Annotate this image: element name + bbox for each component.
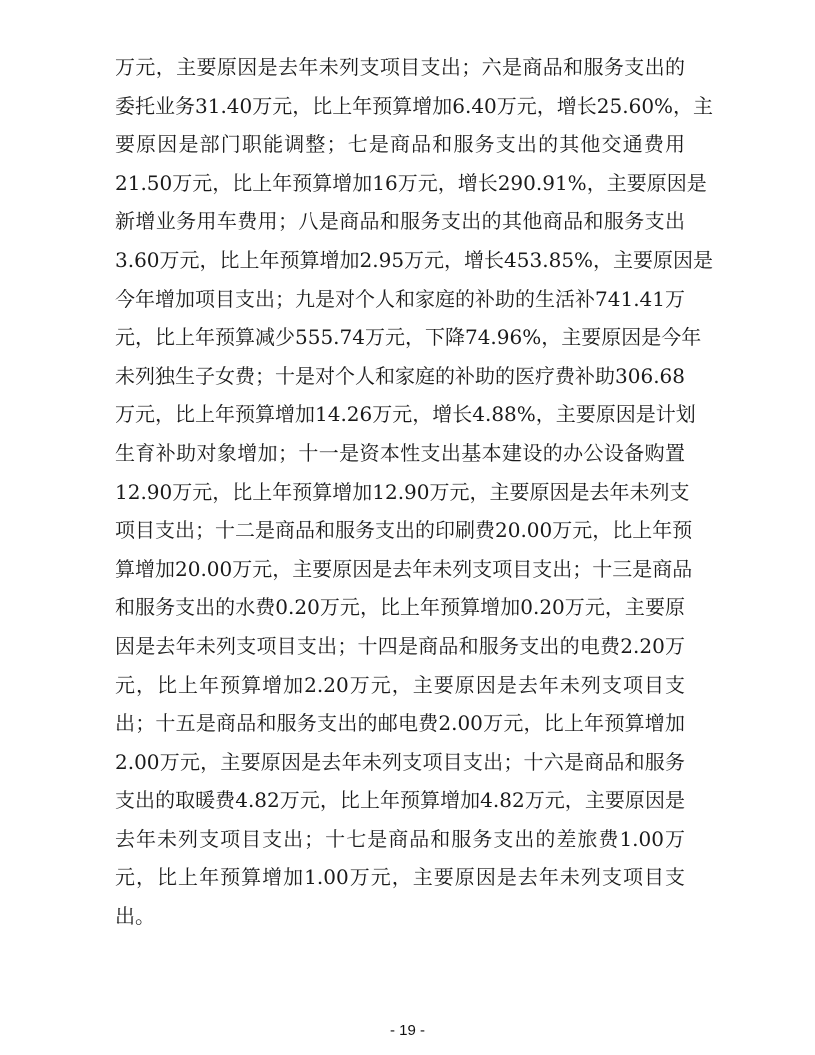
text-line: 支出的取暖费4.82万元，比上年预算增加4.82万元，主要原因是 [115,781,685,820]
text-line: 今年增加项目支出；九是对个人和家庭的补助的生活补741.41万 [115,280,685,319]
text-line: 去年未列支项目支出；十七是商品和服务支出的差旅费1.00万 [115,820,685,859]
text-line: 元，比上年预算减少555.74万元，下降74.96%，主要原因是今年 [115,318,685,357]
text-line: 万元，主要原因是去年未列支项目支出；六是商品和服务支出的 [115,48,685,87]
text-line: 委托业务31.40万元，比上年预算增加6.40万元，增长25.60%，主 [115,87,685,126]
text-line: 万元，比上年预算增加14.26万元，增长4.88%，主要原因是计划 [115,395,685,434]
text-line: 12.90万元，比上年预算增加12.90万元，主要原因是去年未列支 [115,473,685,512]
text-line: 因是去年未列支项目支出；十四是商品和服务支出的电费2.20万 [115,627,685,666]
text-line-last: 出。 [115,897,685,936]
page-number: - 19 - [0,1022,815,1039]
document-page: 万元，主要原因是去年未列支项目支出；六是商品和服务支出的 委托业务31.40万元… [0,0,815,1055]
text-line: 项目支出；十二是商品和服务支出的印刷费20.00万元，比上年预 [115,511,685,550]
text-line: 新增业务用车费用；八是商品和服务支出的其他商品和服务支出 [115,202,685,241]
text-line: 21.50万元，比上年预算增加16万元，增长290.91%，主要原因是 [115,164,685,203]
text-line: 出；十五是商品和服务支出的邮电费2.00万元，比上年预算增加 [115,704,685,743]
text-line: 元，比上年预算增加1.00万元，主要原因是去年未列支项目支 [115,858,685,897]
text-line: 元，比上年预算增加2.20万元，主要原因是去年未列支项目支 [115,666,685,705]
text-line: 算增加20.00万元，主要原因是去年未列支项目支出；十三是商品 [115,550,685,589]
text-line: 未列独生子女费；十是对个人和家庭的补助的医疗费补助306.68 [115,357,685,396]
body-paragraph: 万元，主要原因是去年未列支项目支出；六是商品和服务支出的 委托业务31.40万元… [115,48,685,936]
text-line: 2.00万元，主要原因是去年未列支项目支出；十六是商品和服务 [115,743,685,782]
text-line: 要原因是部门职能调整；七是商品和服务支出的其他交通费用 [115,125,685,164]
text-line: 3.60万元，比上年预算增加2.95万元，增长453.85%，主要原因是 [115,241,685,280]
text-line: 生育补助对象增加；十一是资本性支出基本建设的办公设备购置 [115,434,685,473]
text-line: 和服务支出的水费0.20万元，比上年预算增加0.20万元，主要原 [115,588,685,627]
